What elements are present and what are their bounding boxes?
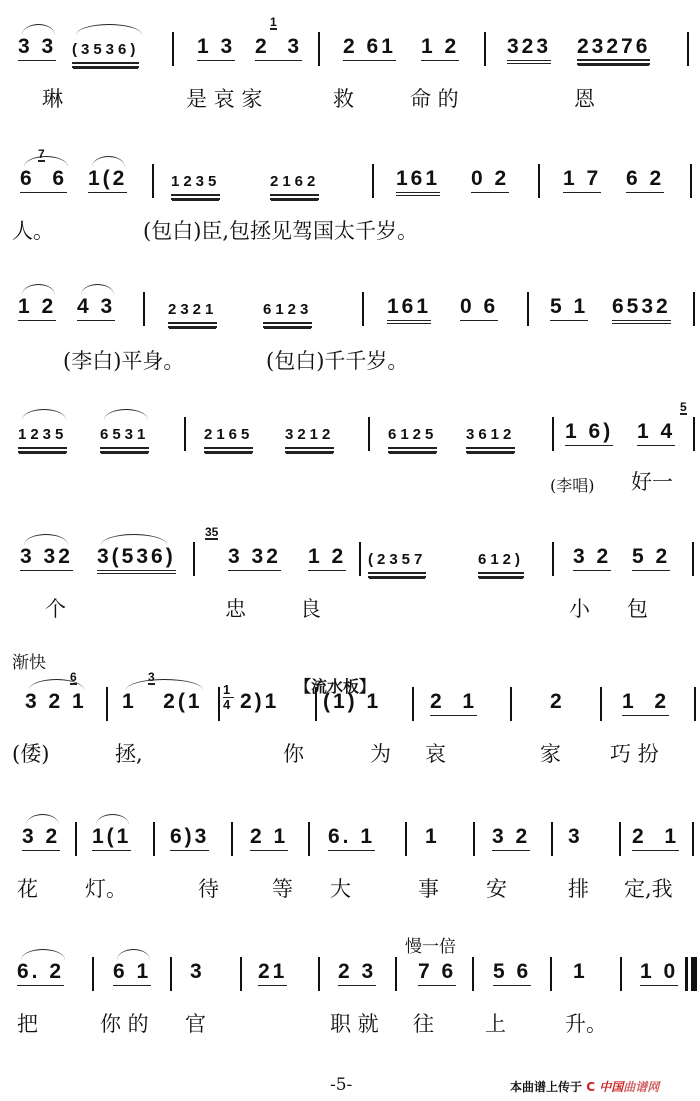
- notation-row: 3 323(536)3 321 2(2357612)3 25 235: [0, 540, 700, 580]
- lyric-text: 大: [330, 876, 351, 902]
- barline: [538, 164, 540, 198]
- slur-mark: [21, 949, 65, 960]
- lyric-text: 良: [300, 596, 321, 622]
- barline: [472, 957, 474, 991]
- note-group: 2 3: [338, 960, 376, 986]
- barline: [687, 32, 689, 66]
- lyric-text: 恩: [574, 86, 595, 112]
- barline: [184, 417, 186, 451]
- lyric-text: 巧 扮: [610, 741, 659, 767]
- note-group: 6 1: [113, 960, 151, 986]
- lyric-text: 好一: [631, 469, 673, 495]
- note-group: 1 2: [308, 545, 346, 571]
- slur-mark: [92, 156, 125, 167]
- note-group: 3 3: [18, 35, 56, 61]
- note-group: 3: [190, 960, 205, 984]
- barline: [368, 417, 370, 451]
- lyric-text: 救: [333, 86, 354, 112]
- note-group: 6532: [612, 295, 671, 324]
- note-group: 2: [550, 690, 565, 714]
- lyric-text: 灯。: [85, 876, 127, 902]
- tempo-mark: 渐快: [12, 648, 46, 673]
- slur-mark: [24, 156, 68, 167]
- note-group: 2 1: [430, 690, 477, 716]
- lyric-text: 小: [569, 596, 590, 622]
- note-group: 1 7: [563, 167, 601, 193]
- note-group: 3(536): [97, 545, 176, 574]
- lyric-text: (李白)平身。: [63, 348, 184, 374]
- notation-row: 6. 26 13212 37 65 611 0: [0, 955, 700, 995]
- lyrics-row: (李白)平身。(包白)千千岁。: [0, 348, 700, 378]
- barline: [552, 417, 554, 451]
- lyric-text: 包: [627, 596, 648, 622]
- grace-note: 1: [270, 16, 277, 30]
- lyric-text: 拯,: [115, 741, 143, 767]
- slur-mark: [96, 814, 129, 825]
- note-group: 161: [387, 295, 431, 324]
- lyric-text: 上: [485, 1011, 506, 1037]
- note-group: 6)3: [170, 825, 209, 851]
- barline: [600, 687, 602, 721]
- lyric-text: 安: [486, 876, 507, 902]
- note-group: 21: [258, 960, 287, 986]
- note-group: 2165: [204, 423, 253, 453]
- note-group: 5 6: [493, 960, 531, 986]
- barline: [92, 957, 94, 991]
- note-group: 2 61: [343, 35, 396, 61]
- note-group: 6 2: [626, 167, 664, 193]
- barline: [619, 822, 621, 856]
- barline: [170, 957, 172, 991]
- barline: [193, 542, 195, 576]
- note-group: 2162: [270, 170, 319, 200]
- note-group: 612): [478, 548, 524, 578]
- note-group: 2 1: [632, 825, 679, 851]
- section-mark: 【流水板】: [295, 674, 375, 697]
- watermark-site-name-part2: 曲谱网: [623, 1080, 659, 1094]
- note-group: 6125: [388, 423, 437, 453]
- note-group: 1(2: [88, 167, 127, 193]
- time-signature: 14: [223, 683, 234, 712]
- note-group: 7 6: [418, 960, 456, 986]
- slur-mark: [22, 24, 55, 35]
- lyric-text: 哀: [425, 741, 446, 767]
- note-group: 0 6: [460, 295, 498, 321]
- lyric-text: 事: [418, 876, 439, 902]
- lyrics-row: 把你 的官职 就往上升。: [0, 1011, 700, 1041]
- barline: [143, 292, 145, 326]
- lyric-text: 花: [17, 876, 38, 902]
- notation-row: 1 24 3232161231610 65 16532: [0, 290, 700, 330]
- note-group: 1 6): [565, 420, 613, 446]
- watermark-text: 本曲谱上传于: [510, 1080, 582, 1094]
- lyric-text: 人。: [12, 218, 54, 244]
- note-group: 323: [507, 35, 551, 64]
- lyrics-row: (倭)拯,你为哀家巧 扮: [0, 741, 700, 771]
- note-group: 3 32: [20, 545, 73, 571]
- notation-row: 1235653121653212612536121 6)1 45: [0, 415, 700, 455]
- lyric-text: 你 的: [100, 1011, 149, 1037]
- slur-mark: [101, 534, 167, 545]
- lyric-text: 升。: [565, 1011, 607, 1037]
- watermark: 本曲谱上传于 C 中国曲谱网: [510, 1078, 659, 1095]
- note-group: (2357: [368, 548, 426, 578]
- note-group: 23276: [577, 35, 650, 65]
- slur-mark: [22, 284, 55, 295]
- note-group: (3536): [72, 38, 139, 68]
- note-group: 3 2: [22, 825, 60, 851]
- note-group: 3 2: [492, 825, 530, 851]
- barline: [318, 957, 320, 991]
- note-group: 161: [396, 167, 440, 196]
- note-group: 1235: [18, 423, 67, 453]
- note-group: 3 2 1: [25, 690, 87, 714]
- barline: [692, 822, 694, 856]
- slur-mark: [24, 534, 68, 545]
- barline: [153, 822, 155, 856]
- barline: [75, 822, 77, 856]
- barline: [405, 822, 407, 856]
- lyric-text: 你: [283, 741, 304, 767]
- lyric-text: 往: [413, 1011, 434, 1037]
- barline: [218, 687, 220, 721]
- slur-mark: [76, 24, 142, 35]
- grace-note: 35: [205, 526, 218, 540]
- lyric-text: 为: [370, 741, 391, 767]
- note-group: 1 0: [640, 960, 678, 986]
- lyric-text: 职 就: [330, 1011, 379, 1037]
- note-group: 3: [568, 825, 583, 849]
- lyric-text: 忠: [225, 596, 246, 622]
- watermark-site-name-part1: 中国: [599, 1080, 623, 1094]
- lyrics-row: (李唱)好一: [0, 469, 700, 499]
- lyric-text: 官: [185, 1011, 206, 1037]
- barline: [362, 292, 364, 326]
- note-group: 6. 1: [328, 825, 375, 851]
- slur-mark: [104, 409, 148, 420]
- note-group: 1: [425, 825, 440, 849]
- lyric-text: 把: [17, 1011, 38, 1037]
- barline: [510, 687, 512, 721]
- note-group: 1 2: [622, 690, 669, 716]
- barline: [172, 32, 174, 66]
- note-group: 0 2: [471, 167, 509, 193]
- barline: [527, 292, 529, 326]
- barline: [693, 417, 695, 451]
- notation-row: 3 3(3536)1 32 32 611 2323232761: [0, 30, 700, 70]
- barline: [693, 292, 695, 326]
- barline: [484, 32, 486, 66]
- notation-row: 6 61(2123521621610 21 76 27: [0, 162, 700, 202]
- note-group: 2321: [168, 298, 217, 328]
- score-page: 3 3(3536)1 32 32 611 2323232761琳是 哀 家救命 …: [0, 0, 700, 1101]
- lyric-text: 排: [568, 876, 589, 902]
- barline: [551, 822, 553, 856]
- note-group: 6 6: [20, 167, 67, 193]
- barline: [694, 687, 696, 721]
- barline: [395, 957, 397, 991]
- note-group: 2 3: [255, 35, 302, 61]
- lyrics-row: 花灯。待等大事安排定,我: [0, 876, 700, 906]
- note-group: 1: [573, 960, 588, 984]
- slur-mark: [117, 949, 150, 960]
- note-group: 6123: [263, 298, 312, 328]
- barline: [240, 957, 242, 991]
- barline: [308, 822, 310, 856]
- note-group: 1235: [171, 170, 220, 200]
- barline: [473, 822, 475, 856]
- barline: [692, 542, 694, 576]
- note-group: 3 32: [228, 545, 281, 571]
- note-group: 2 1: [250, 825, 288, 851]
- note-group: 1 2(1: [122, 690, 203, 714]
- barline: [231, 822, 233, 856]
- note-group: 4 3: [77, 295, 115, 321]
- note-group: 2)1: [240, 690, 279, 714]
- barline: [372, 164, 374, 198]
- note-group: 6531: [100, 423, 149, 453]
- final-barline: [685, 957, 688, 991]
- slur-mark: [26, 814, 59, 825]
- site-logo-icon: C: [586, 1080, 595, 1094]
- barline: [412, 687, 414, 721]
- slur-mark: [22, 409, 66, 420]
- grace-note: 5: [680, 401, 687, 415]
- lyric-text: (李唱): [550, 473, 595, 499]
- barline: [318, 32, 320, 66]
- slur-mark: [81, 284, 114, 295]
- note-group: 5 1: [550, 295, 588, 321]
- barline: [690, 164, 692, 198]
- barline: [620, 957, 622, 991]
- lyric-text: 个: [45, 596, 66, 622]
- note-group: 6. 2: [17, 960, 64, 986]
- note-group: 1 3: [197, 35, 235, 61]
- note-group: 1 2: [421, 35, 459, 61]
- lyric-text: (包白)千千岁。: [266, 348, 408, 374]
- note-group: 1 4: [637, 420, 675, 446]
- final-barline-thick: [691, 957, 697, 991]
- lyric-text: (倭): [12, 741, 49, 767]
- lyrics-row: 琳是 哀 家救命 的恩: [0, 86, 700, 116]
- lyric-text: 定,我: [624, 876, 673, 902]
- slur-mark: [126, 679, 203, 690]
- note-group: 3212: [285, 423, 334, 453]
- note-group: 3 2: [573, 545, 611, 571]
- note-group: 1(1: [92, 825, 131, 851]
- lyric-text: 待: [198, 876, 219, 902]
- lyric-text: 琳: [42, 86, 63, 112]
- note-group: 5 2: [632, 545, 670, 571]
- lyric-text: 命 的: [410, 86, 459, 112]
- barline: [152, 164, 154, 198]
- tempo-mark: 慢一倍: [405, 932, 456, 957]
- barline: [552, 542, 554, 576]
- lyric-text: 家: [540, 741, 561, 767]
- lyric-text: 等: [272, 876, 293, 902]
- barline: [106, 687, 108, 721]
- page-number: -5-: [330, 1075, 352, 1095]
- barline: [550, 957, 552, 991]
- barline: [359, 542, 361, 576]
- note-group: 3612: [466, 423, 515, 453]
- lyric-text: 是 哀 家: [186, 86, 262, 112]
- lyrics-row: 个忠良小包: [0, 596, 700, 626]
- note-group: 1 2: [18, 295, 56, 321]
- lyric-text: (包白)臣,包拯见驾国太千岁。: [143, 218, 418, 244]
- notation-row: 3 21(16)32 16. 113 232 1: [0, 820, 700, 860]
- lyrics-row: 人。(包白)臣,包拯见驾国太千岁。: [0, 218, 700, 248]
